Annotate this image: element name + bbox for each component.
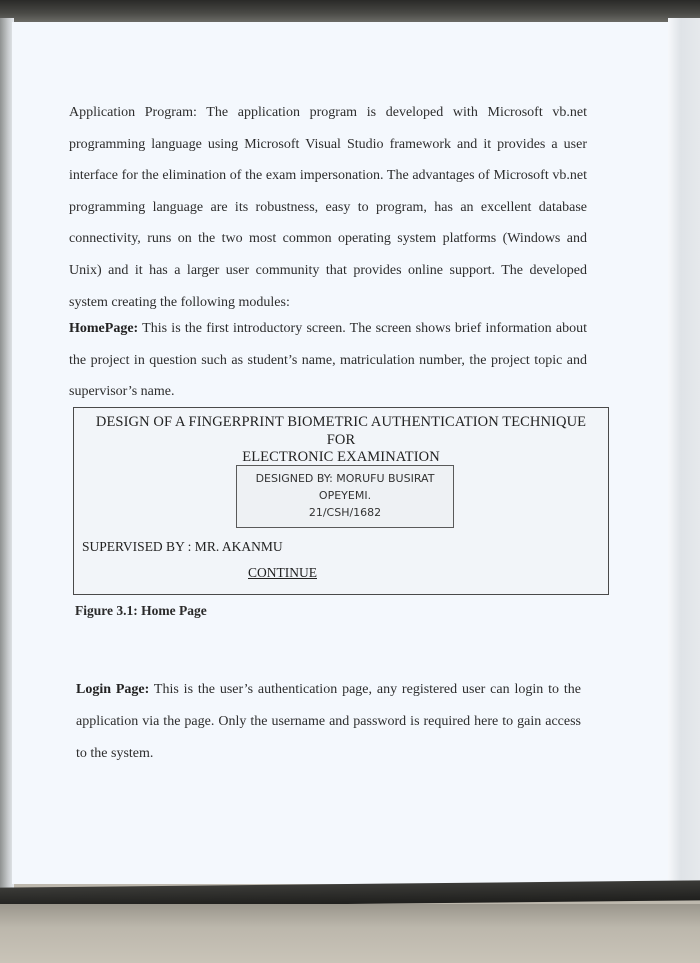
scanner-bed — [0, 904, 700, 963]
paragraph-homepage: HomePage: This is the first introductory… — [69, 313, 587, 408]
designed-by-line-2: OPEYEMI. — [237, 487, 453, 504]
figure-caption: Figure 3.1: Home Page — [75, 603, 207, 619]
homepage-figure: DESIGN OF A FINGERPRINT BIOMETRIC AUTHEN… — [73, 407, 609, 595]
designer-info-box: DESIGNED BY: MORUFU BUSIRAT OPEYEMI. 21/… — [236, 465, 454, 528]
paragraph-application-program: Application Program: The application pro… — [69, 97, 587, 318]
designed-by-line-1: DESIGNED BY: MORUFU BUSIRAT — [237, 470, 453, 487]
title-line-1: DESIGN OF A FINGERPRINT BIOMETRIC AUTHEN… — [74, 414, 608, 432]
project-title: DESIGN OF A FINGERPRINT BIOMETRIC AUTHEN… — [74, 414, 608, 467]
homepage-text: This is the first introductory screen. T… — [69, 321, 587, 399]
homepage-label: HomePage: — [69, 321, 138, 336]
scanner-top-shadow — [0, 0, 700, 22]
matric-number: 21/CSH/1682 — [237, 504, 453, 521]
login-text: This is the user’s authentication page, … — [76, 682, 581, 761]
supervised-by-label: SUPERVISED BY : MR. AKANMU — [82, 539, 283, 555]
title-line-2: FOR — [74, 432, 608, 450]
continue-link[interactable]: CONTINUE — [248, 565, 317, 581]
title-line-3: ELECTRONIC EXAMINATION — [74, 449, 608, 467]
paragraph-login-page: Login Page: This is the user’s authentic… — [76, 674, 581, 770]
page-right-edge — [668, 18, 700, 888]
login-label: Login Page: — [76, 682, 149, 697]
